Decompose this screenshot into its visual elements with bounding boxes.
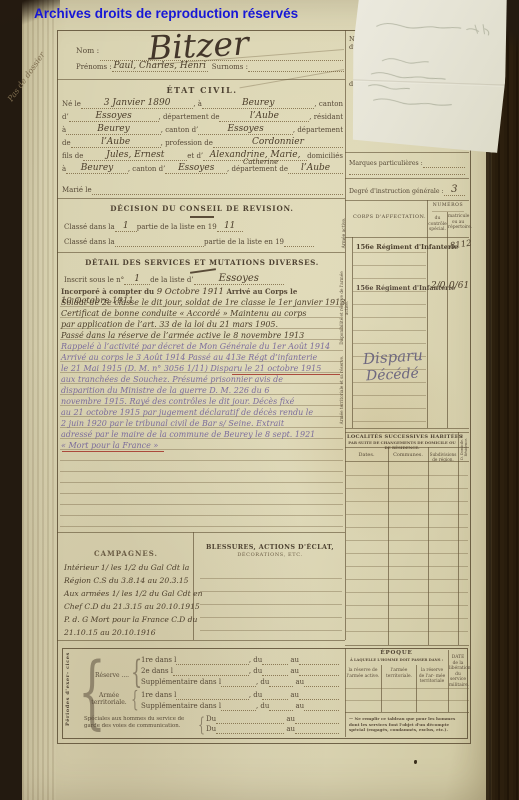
prenoms-row: Prénoms : Paul, Charles, Henri Surnoms :	[76, 62, 344, 72]
birth-canton: Essoyes	[69, 112, 159, 122]
parents-departement: l’Aube	[288, 164, 343, 174]
etat-civil-line-5: fils de Jules, Ernest et d’ Alexandrine,…	[62, 151, 343, 161]
localites-header-line	[345, 447, 469, 448]
departement-label-3: , département de	[227, 165, 288, 174]
parents-canton: Essoyes	[165, 164, 227, 174]
etat-civil-line-6: à Beurey , canton d’ Essoyes , départeme…	[62, 164, 343, 174]
inscrit-row: Inscrit sous le n° 1 de la liste d’ Esso…	[64, 274, 284, 285]
a-label: , à	[193, 100, 202, 109]
service-line: Arrivé au corps le 3 Août 1914 Passé au …	[61, 354, 345, 362]
blank	[304, 710, 339, 711]
speciales-label-line1: Spéciales aux hommes du service de	[84, 716, 184, 722]
marques-line-2	[349, 174, 465, 175]
birth-commune: Beurey	[202, 99, 314, 109]
localites-bottom-line	[345, 645, 469, 646]
etat-civil-title: ÉTAT CIVIL.	[62, 85, 342, 95]
blank	[269, 710, 293, 711]
marie-blank	[92, 194, 343, 195]
terr-suppl-label: Supplémentaire dans l	[141, 702, 221, 711]
blank	[216, 733, 284, 734]
reserve-2e-label: 2e dans l	[141, 667, 173, 676]
corps-top-line	[345, 200, 469, 201]
scanned-military-record: Archives droits de reproduction réservés…	[0, 0, 519, 800]
reserve-1re-label: 1re dans l	[141, 656, 176, 665]
blank	[262, 664, 288, 665]
inscrit-num: 1	[124, 275, 150, 285]
canton-label-3: , canton d’	[128, 165, 166, 174]
pinned-paper-slip	[347, 0, 512, 153]
classe-label-2: Classé dans la	[64, 238, 115, 247]
au-label: au	[286, 715, 295, 724]
liste-partie-blank	[115, 246, 204, 247]
services-top-line	[57, 252, 345, 253]
decision-line-1: Classé dans la 1 partie de la liste en 1…	[64, 222, 314, 232]
epoque-date-col: DATE de la libération du service militai…	[449, 655, 467, 688]
corps-row1-name: 156e Régiment d'Infanterie	[356, 243, 458, 251]
ne-le-label: Né le	[62, 100, 81, 109]
du-label: Du	[206, 715, 216, 724]
campagnes-line: Intérieur 1/ les 1/2 du Gal Cdt la	[64, 563, 189, 572]
parents-commune: Beurey	[66, 164, 128, 174]
partie-liste-label-2: partie de la liste en 19	[204, 238, 284, 247]
reserve-row-2: 2e dans l , du au	[141, 667, 339, 676]
campagnes-line: 21.10.15 au 20.10.1916	[64, 628, 156, 637]
surnoms-label: Surnoms :	[212, 63, 248, 72]
decision-title-rule	[190, 216, 214, 218]
au-label: au	[290, 691, 299, 700]
reserve-row-1: 1re dans l , du au	[141, 656, 339, 665]
etat-civil-line-2: d’ Essoyes , département de l’Aube , rés…	[62, 112, 343, 122]
d-label: d’	[62, 113, 69, 122]
numeros-header: NUMÉROS	[428, 203, 468, 208]
etat-civil-line-3: à Beurey , canton d’ Essoyes , départeme…	[62, 125, 343, 135]
birth-date: 3 Janvier 1890	[81, 99, 193, 109]
etat-civil-line-4: de l’Aube , profession de Cordonnier	[62, 138, 343, 148]
speciales-row-1: Du au	[206, 715, 339, 724]
services-title: DÉTAIL DES SERVICES ET MUTATIONS DIVERSE…	[62, 258, 342, 267]
blessures-subtitle: DÉCORATIONS, ETC.	[200, 552, 340, 558]
campagnes-line: Aux armées 1/ les 1/2 du Gal Cdt en	[64, 589, 203, 598]
blank	[295, 723, 339, 724]
prenoms-label: Prénoms :	[76, 63, 112, 72]
service-line: adressé par le maire de la commune de Be…	[61, 431, 345, 439]
blank	[262, 675, 288, 676]
speciales-row-2: Du au	[206, 725, 339, 734]
territoriale-row-suppl: Supplémentaire dans l , du au	[141, 702, 339, 711]
campagnes-bottom-line	[57, 640, 345, 641]
epoque-subtitle: À LAQUELLE L'HOMME DOIT PASSER DANS :	[345, 658, 448, 662]
du-label: Du	[206, 725, 216, 734]
localites-colhead-bottom	[345, 461, 469, 462]
au-label: au	[290, 667, 299, 676]
blank	[295, 733, 339, 734]
service-line: aux tranchées de Souchez. Présumé prison…	[61, 376, 345, 384]
marques-blank	[423, 167, 465, 168]
campagnes-top-line	[57, 532, 345, 533]
blank	[304, 686, 339, 687]
departement-label-2: , département	[293, 126, 343, 135]
side-label-territoriale: Armée territoriale et sa réserve.	[340, 353, 345, 427]
partie-liste-label-1: partie de la liste en 19	[137, 223, 217, 232]
blank	[299, 699, 339, 700]
mort-red-underline	[62, 451, 164, 452]
epoque-col1: la réserve de l'armée active.	[346, 668, 380, 679]
residence-canton: Essoyes	[198, 125, 293, 135]
numeros-underline	[432, 211, 464, 212]
decision-line-2: Classé dans la partie de la liste en 19	[64, 238, 314, 247]
inscrit-commune: Essoyes	[194, 274, 284, 285]
localites-subtitle: PAR SUITE DE CHANGEMENTS DE DOMICILE OU …	[347, 441, 457, 450]
domicilies-label: domiciliés	[307, 152, 343, 161]
liste-partie-num: 1	[115, 222, 137, 232]
surnoms-blank	[248, 71, 344, 72]
incorpore-date: 9 Octobre 1911	[157, 287, 224, 297]
inscrit-label: Inscrit sous le n°	[64, 276, 124, 285]
epoque-bottom-line	[345, 712, 469, 713]
au-label: au	[290, 656, 299, 665]
classe-label-1: Classé dans la	[64, 223, 115, 232]
localites-col-communes: Communes.	[388, 452, 428, 458]
service-line: novembre 1915. Rayé des contrôles le dit…	[61, 398, 345, 406]
service-line: par application de l’art. 33 de la loi d…	[61, 321, 345, 329]
liste-annee-blank	[284, 246, 314, 247]
departement-label: , département de	[159, 113, 220, 122]
territoriale-label: Armée territoriale.	[88, 692, 130, 706]
epoque-row-line-2	[345, 700, 469, 701]
prenoms-value: Paul, Charles, Henri	[112, 62, 208, 72]
campagnes-line: Chef C.D du 21.3.15 au 20.10.1915	[64, 602, 200, 611]
liste-de-label: de la liste d’	[150, 276, 193, 285]
reserve-suppl-label: Supplémentaire dans l	[141, 678, 221, 687]
campagnes-line: Région C.S du 3.8.14 au 20.3.15	[64, 576, 189, 585]
campagnes-line: P. d. G Mort pour la France C.D du	[64, 615, 197, 624]
blank	[299, 664, 339, 665]
marques-row: Marques particulières :	[349, 160, 465, 168]
pencil-scribbles	[347, 0, 512, 153]
fils-de-label: fils de	[62, 152, 83, 161]
corps-controle-line	[427, 200, 428, 428]
corps-row2-matricule: 0/61	[449, 281, 469, 291]
blank	[299, 675, 339, 676]
blank	[262, 699, 288, 700]
blank	[221, 686, 256, 687]
controle-col-header: du contrôle spécial.	[428, 216, 447, 233]
epoque-col2: l'armée territoriale.	[383, 668, 415, 679]
service-line: le 21 Mai 1915 (D. M. n° 3056 1/11) Disp…	[61, 365, 345, 373]
du-label: , du	[256, 702, 269, 711]
territoriale-brace: {	[131, 689, 139, 713]
page-edge-stripes-left	[22, 0, 56, 800]
epoque-v3	[448, 650, 449, 712]
blank	[176, 699, 248, 700]
au-label: au	[286, 725, 295, 734]
blessures-title: BLESSURES, ACTIONS D'ÉCLAT,	[200, 543, 340, 551]
service-line: au 21 octobre 1915 par jugement déclarat…	[61, 409, 345, 417]
au-label: au	[295, 702, 304, 711]
instruction-label: Degré d'instruction générale :	[349, 188, 444, 196]
epoque-row-line-1	[345, 688, 469, 689]
du-label: , du	[249, 691, 262, 700]
service-line: disparition du Ministre de la guerre D. …	[61, 387, 345, 395]
blank	[221, 710, 256, 711]
service-line: Passé dans la réserve de l’armée active …	[61, 332, 345, 340]
marie-row: Marié le	[62, 186, 343, 195]
instruction-top-line	[345, 178, 469, 179]
side-label-armee-active: Armée active.	[342, 202, 347, 264]
header-bottom-line	[57, 79, 345, 80]
de-label: de	[62, 139, 71, 148]
blank	[269, 686, 293, 687]
localites-col-dr: D. Domicile. R. Résidence.	[460, 433, 469, 461]
residant-label: , résidant	[309, 113, 343, 122]
localites-top-line	[345, 432, 469, 433]
liste-annee: 11	[217, 222, 243, 232]
archive-watermark: Archives droits de reproduction réservés	[34, 6, 298, 21]
blank	[216, 723, 284, 724]
epoque-title: ÉPOQUE	[345, 650, 448, 656]
blessures-ruled-lines	[200, 566, 342, 636]
et-d-label: et d’	[187, 152, 203, 161]
nom-label: Nom :	[76, 46, 99, 55]
speciales-label: Spéciales aux hommes du service de garde…	[84, 716, 204, 730]
profession-value: Cordonnier	[213, 138, 343, 148]
service-line-mort-pour-la-france: « Mort pour la France »	[61, 442, 345, 450]
localites-col-dates: Dates.	[345, 452, 388, 458]
territoriale-row-1: 1re dans l , du au	[141, 691, 339, 700]
corps-row2-controle: 2/0	[431, 281, 445, 291]
decision-title: DÉCISION DU CONSEIL DE REVISION.	[62, 204, 342, 213]
reserve-label: Réserve ....	[95, 672, 129, 679]
canton-label: , canton	[314, 100, 343, 109]
au-label: au	[295, 678, 304, 687]
father-names: Jules, Ernest	[83, 151, 187, 161]
instruction-value: 3	[444, 185, 465, 196]
marques-top-line	[345, 152, 469, 153]
speciales-brace: {	[198, 713, 205, 735]
service-line: Rappelé à l’activité par décret de Mon G…	[61, 343, 345, 351]
residence-commune: Beurey	[66, 125, 161, 135]
side-label-disponibilite: Disponibilité et réserve de l'armée acti…	[340, 266, 350, 350]
terr-1re-label: 1re dans l	[141, 691, 176, 700]
residence-departement: l’Aube	[71, 138, 161, 148]
epoque-footnote: — Ne remplir ce tableau que pour les hom…	[349, 716, 463, 733]
instruction-row: Degré d'instruction générale : 3	[349, 185, 465, 196]
decision-top-line	[57, 198, 345, 199]
service-line: 2 juin 1920 par le tribunal civil de Bar…	[61, 420, 345, 428]
blank	[176, 664, 248, 665]
service-line: Certificat de bonne conduite « Accordé »…	[61, 310, 345, 318]
campagnes-title: CAMPAGNES.	[62, 549, 190, 558]
speciales-label-line2: garde des voies de communication.	[84, 723, 180, 729]
corps-note-decede: Décédé	[366, 366, 420, 385]
etat-civil-line-1: Né le 3 Janvier 1890 , à Beurey , canton	[62, 99, 343, 109]
corps-header: CORPS D'AFFECTATION.	[352, 214, 427, 220]
du-label: , du	[249, 667, 262, 676]
birth-departement: l’Aube	[219, 112, 309, 122]
periodes-side-label: Périodes d'exer- cices	[66, 652, 72, 726]
corps-header-bottom	[345, 237, 469, 238]
marie-label: Marié le	[62, 186, 92, 195]
du-label: , du	[256, 678, 269, 687]
blank	[173, 675, 249, 676]
matricule-col-header: matricule ou au répertoire.	[448, 214, 468, 231]
canton-label-2: , canton d’	[161, 126, 199, 135]
profession-label: , profession de	[161, 139, 213, 148]
arrive-corps-label: Arrivé au Corps le	[226, 287, 297, 296]
corps-bottom-line	[345, 428, 469, 429]
service-line: Soldat de 2e classe le dit jour, soldat …	[61, 299, 345, 307]
localites-ruled-rows	[346, 463, 468, 643]
epoque-col3: la réserve de l'ar- mée territoriale	[418, 668, 446, 685]
marques-label: Marques particulières :	[349, 160, 423, 168]
corps-ruled-lines	[353, 240, 426, 426]
reserve-row-suppl: Supplémentaire dans l , du au	[141, 678, 339, 687]
du-label: , du	[249, 656, 262, 665]
